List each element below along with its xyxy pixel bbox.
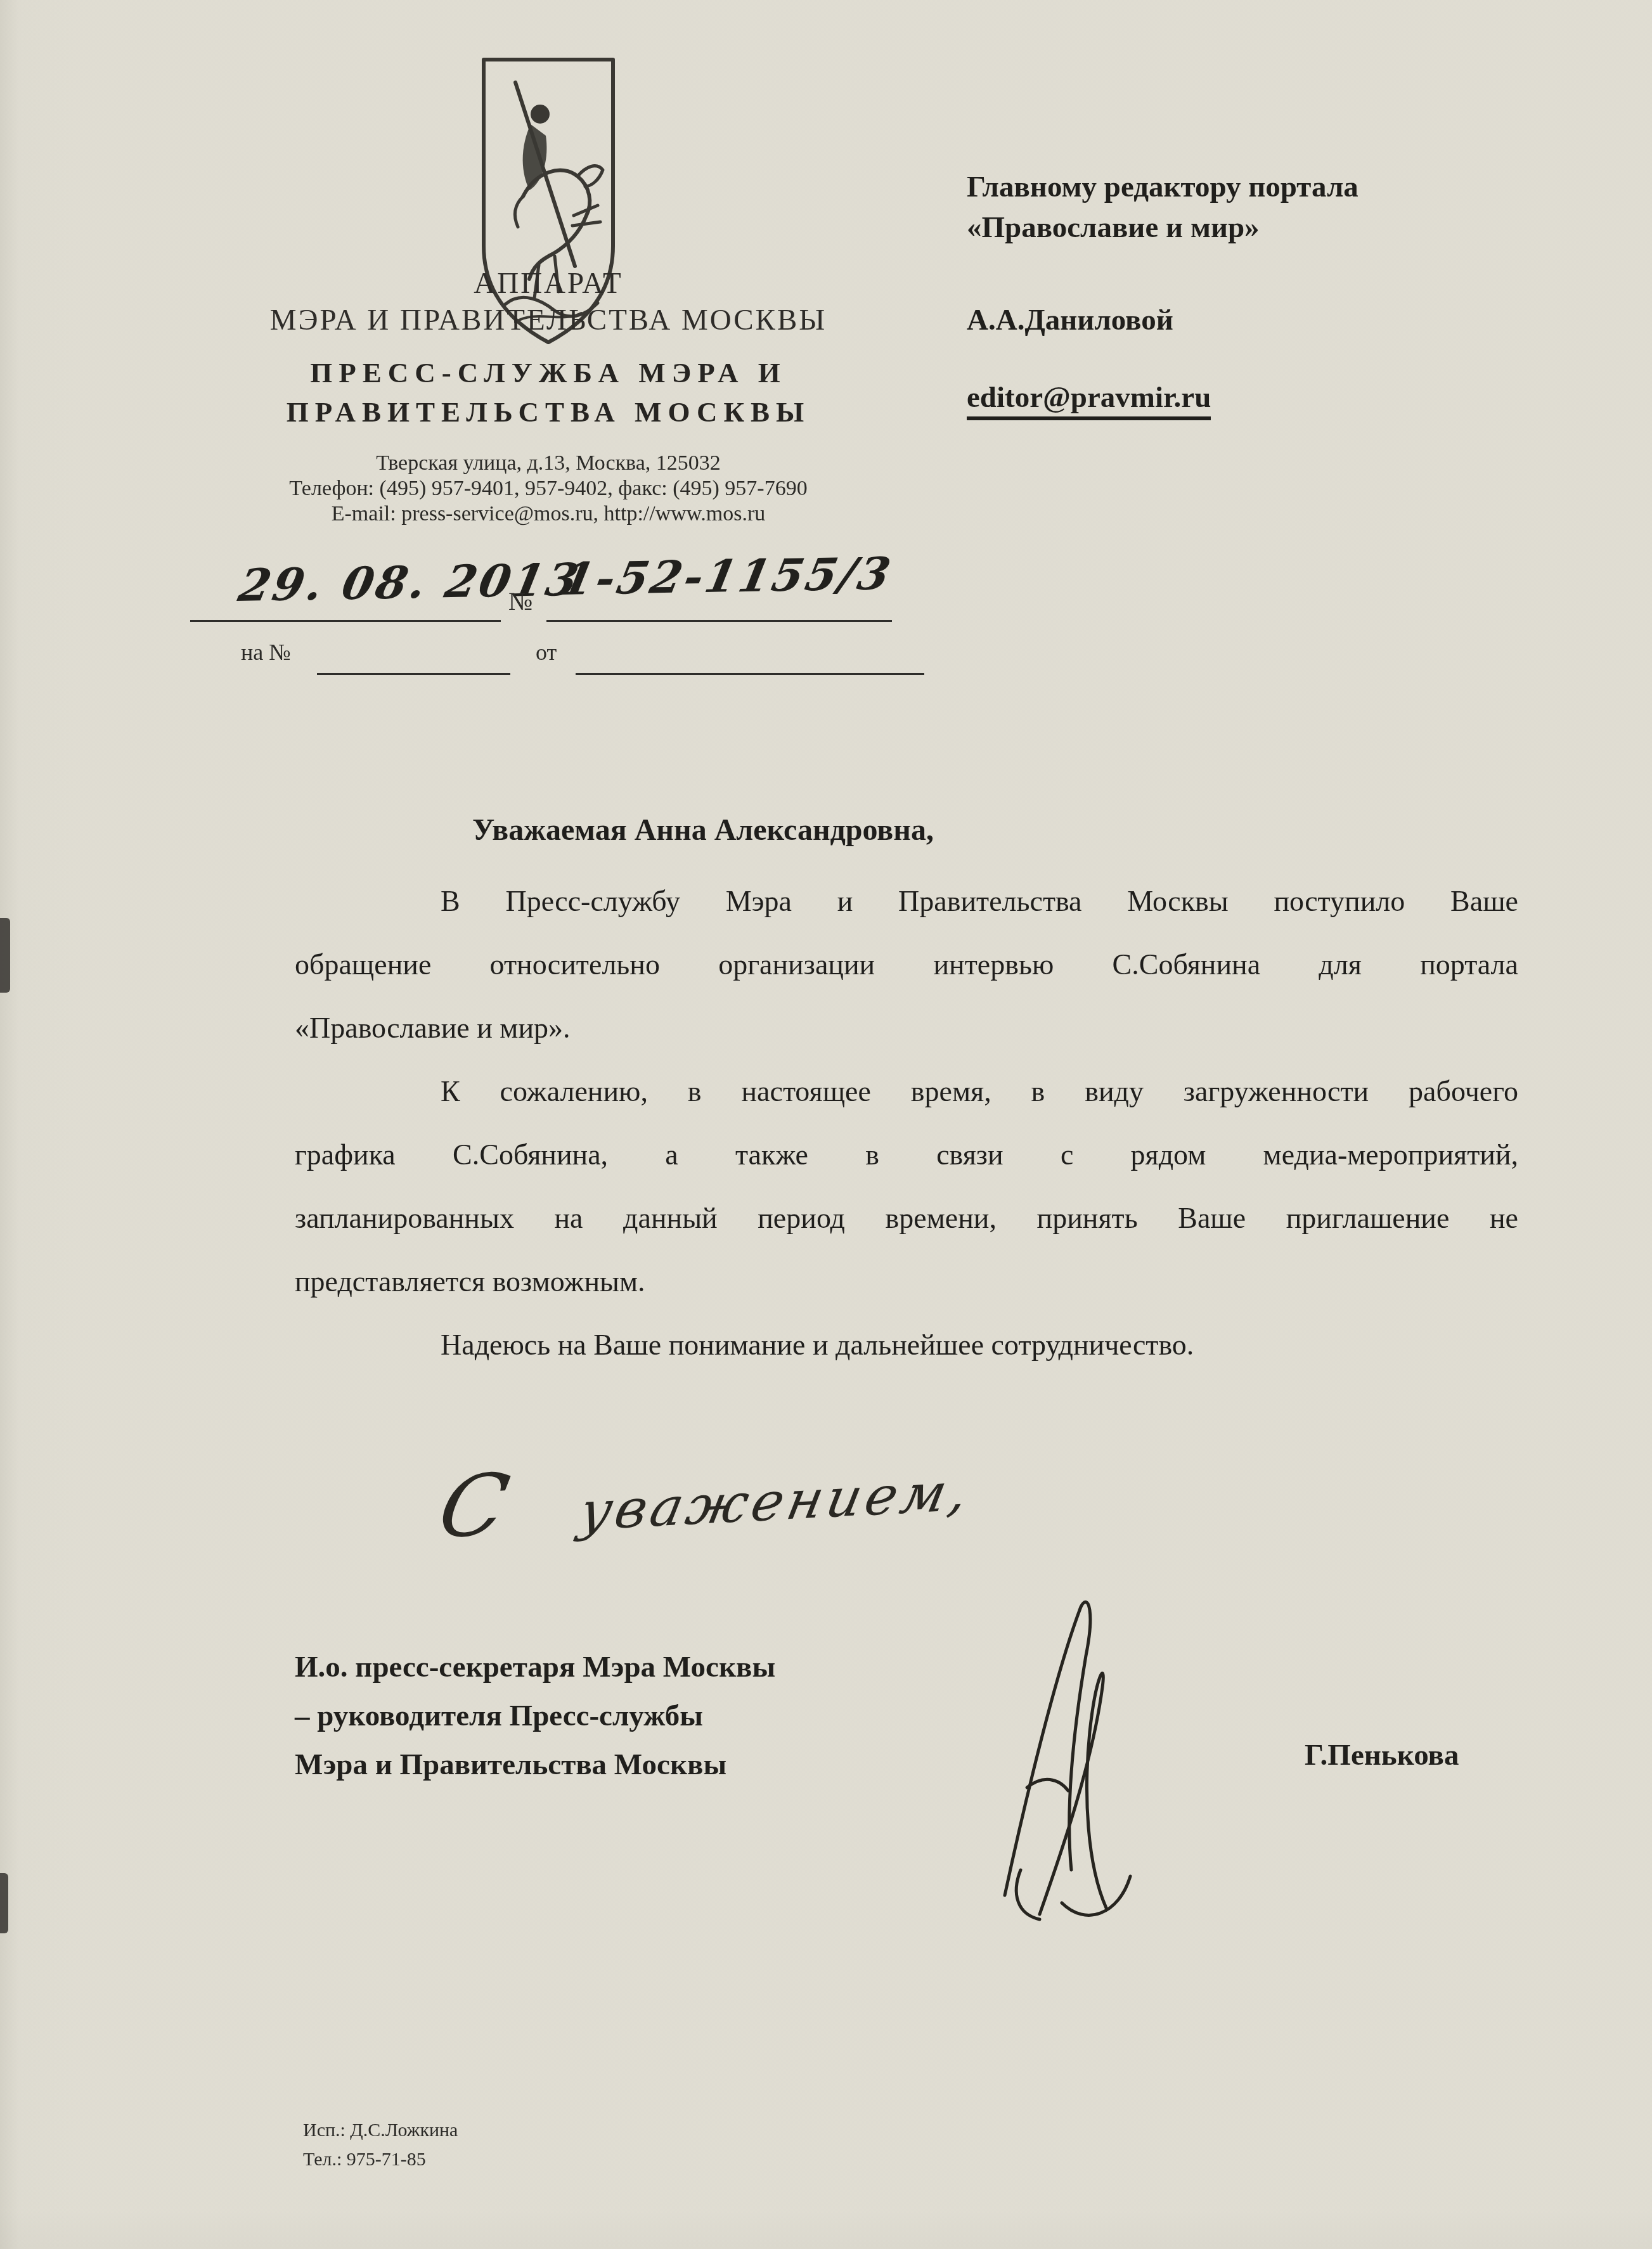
- reply-from-underline: [576, 673, 924, 675]
- recipient-line2: «Православие и мир»: [967, 210, 1260, 245]
- outgoing-number-handwritten: 1-52-1155/3: [558, 547, 897, 605]
- outgoing-date-handwritten: 29. 08. 2013: [235, 553, 585, 612]
- recipient-line1: Главному редактору портала: [967, 170, 1358, 204]
- letterhead-email-site: E-mail: press-service@mos.ru, http://www…: [152, 502, 945, 526]
- closing-handwritten-text: С уважением,: [431, 1431, 983, 1557]
- org-name-line1: АППАРАТ: [152, 266, 945, 300]
- date-underline: [190, 620, 501, 622]
- scanned-letter-page: АППАРАТ МЭРА И ПРАВИТЕЛЬСТВА МОСКВЫ ПРЕС…: [0, 0, 1652, 2249]
- reply-from-label: от: [536, 639, 557, 666]
- signer-title-line2: – руководителя Пресс-службы: [295, 1692, 703, 1741]
- body-line: представляется возможным.: [295, 1250, 1518, 1313]
- recipient-name: А.А.Даниловой: [967, 303, 1173, 337]
- signer-title-line3: Мэра и Правительства Москвы: [295, 1741, 726, 1789]
- letterhead-phone: Телефон: (495) 957-9401, 957-9402, факс:…: [152, 477, 945, 501]
- closing-handwritten: С уважением,: [431, 1458, 957, 1557]
- signer-title-line1: И.о. пресс-секретаря Мэра Москвы: [295, 1643, 775, 1692]
- letter-body: В Пресс-службу Мэра и Правительства Моск…: [295, 870, 1518, 1377]
- body-line: обращение относительно организации интер…: [295, 933, 1518, 996]
- salutation: Уважаемая Анна Александровна,: [472, 813, 934, 847]
- recipient-email: editor@pravmir.ru: [967, 380, 1211, 415]
- org-name-line2: МЭРА И ПРАВИТЕЛЬСТВА МОСКВЫ: [152, 303, 945, 337]
- reply-number-underline: [317, 673, 510, 675]
- number-label: №: [508, 586, 532, 616]
- body-line: «Православие и мир».: [295, 996, 1518, 1060]
- reply-number-label: на №: [241, 639, 291, 666]
- body-line: графика С.Собянина, а также в связи с ря…: [295, 1123, 1518, 1187]
- dept-name-line1: ПРЕСС-СЛУЖБА МЭРА И: [152, 356, 945, 389]
- recipient-email-text: editor@pravmir.ru: [967, 381, 1211, 420]
- body-line: В Пресс-службу Мэра и Правительства Моск…: [295, 870, 1518, 933]
- body-line: запланированных на данный период времени…: [295, 1187, 1518, 1250]
- scan-artifact: [0, 918, 10, 993]
- signer-name: Г.Пенькова: [1305, 1738, 1459, 1772]
- executor-phone: Тел.: 975-71-85: [303, 2145, 426, 2174]
- body-line: К сожалению, в настоящее время, в виду з…: [295, 1060, 1518, 1123]
- letterhead-address: Тверская улица, д.13, Москва, 125032: [152, 451, 945, 475]
- dept-name-line2: ПРАВИТЕЛЬСТВА МОСКВЫ: [152, 396, 945, 429]
- signature-autograph: [986, 1597, 1144, 1927]
- body-line: Надеюсь на Ваше понимание и дальнейшее с…: [295, 1313, 1518, 1377]
- number-underline: [546, 620, 892, 622]
- scan-artifact: [0, 1873, 8, 1933]
- executor-name: Исп.: Д.С.Ложкина: [303, 2116, 458, 2144]
